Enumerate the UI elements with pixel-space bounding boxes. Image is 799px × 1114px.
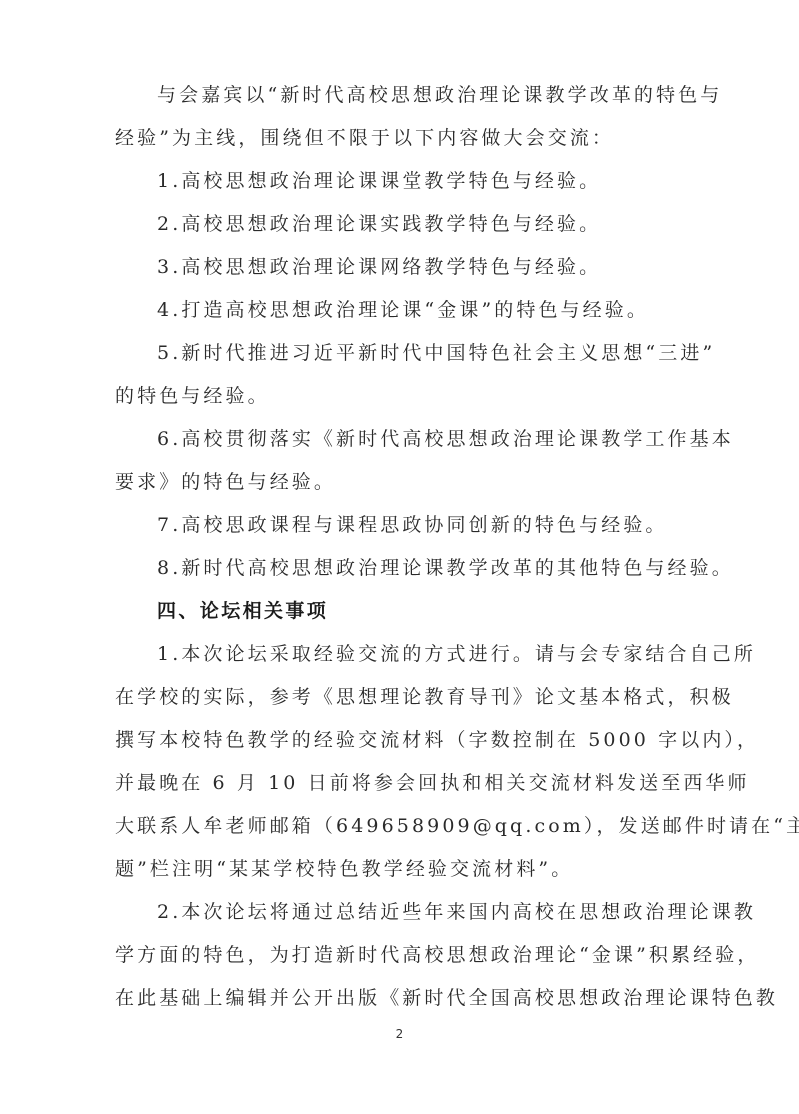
list-item-8: 8.新时代高校思想政治理论课教学改革的其他特色与经验。 xyxy=(157,554,681,582)
paragraph-intro-line-1: 与会嘉宾以“新时代高校思想政治理论课教学改革的特色与 xyxy=(157,81,681,109)
matter-2-line-3: 在此基础上编辑并公开出版《新时代全国高校思想政治理论课特色教 xyxy=(115,984,681,1012)
list-item-2: 2.高校思想政治理论课实践教学特色与经验。 xyxy=(157,210,681,238)
list-item-1: 1.高校思想政治理论课课堂教学特色与经验。 xyxy=(157,167,681,195)
paragraph-intro-line-2: 经验”为主线，围绕但不限于以下内容做大会交流： xyxy=(115,124,681,152)
list-item-5-line-2: 的特色与经验。 xyxy=(115,382,681,410)
list-item-3: 3.高校思想政治理论课网络教学特色与经验。 xyxy=(157,253,681,281)
list-item-5-line-1: 5.新时代推进习近平新时代中国特色社会主义思想“三进” xyxy=(157,339,681,367)
matter-1-line-6: 题”栏注明“某某学校特色教学经验交流材料”。 xyxy=(115,855,681,883)
document-page: 与会嘉宾以“新时代高校思想政治理论课教学改革的特色与 经验”为主线，围绕但不限于… xyxy=(0,0,799,1114)
page-number: 2 xyxy=(0,1027,799,1041)
matter-2-line-1: 2.本次论坛将通过总结近些年来国内高校在思想政治理论课教 xyxy=(157,898,681,926)
matter-2-line-2: 学方面的特色，为打造新时代高校思想政治理论“金课”积累经验， xyxy=(115,941,681,969)
list-item-6-line-2: 要求》的特色与经验。 xyxy=(115,468,681,496)
matter-1-line-2: 在学校的实际，参考《思想理论教育导刊》论文基本格式，积极 xyxy=(115,683,681,711)
matter-1-line-1: 1.本次论坛采取经验交流的方式进行。请与会专家结合自己所 xyxy=(157,640,681,668)
list-item-4: 4.打造高校思想政治理论课“金课”的特色与经验。 xyxy=(157,296,681,324)
matter-1-line-5: 大联系人牟老师邮箱（649658909@qq.com），发送邮件时请在“主 xyxy=(115,812,681,840)
list-item-6-line-1: 6.高校贯彻落实《新时代高校思想政治理论课教学工作基本 xyxy=(157,425,681,453)
matter-1-line-3: 撰写本校特色教学的经验交流材料（字数控制在 5000 字以内）， xyxy=(115,726,681,754)
matter-1-line-4: 并最晚在 6 月 10 日前将参会回执和相关交流材料发送至西华师 xyxy=(115,769,681,797)
section-heading: 四、论坛相关事项 xyxy=(157,597,681,625)
list-item-7: 7.高校思政课程与课程思政协同创新的特色与经验。 xyxy=(157,511,681,539)
